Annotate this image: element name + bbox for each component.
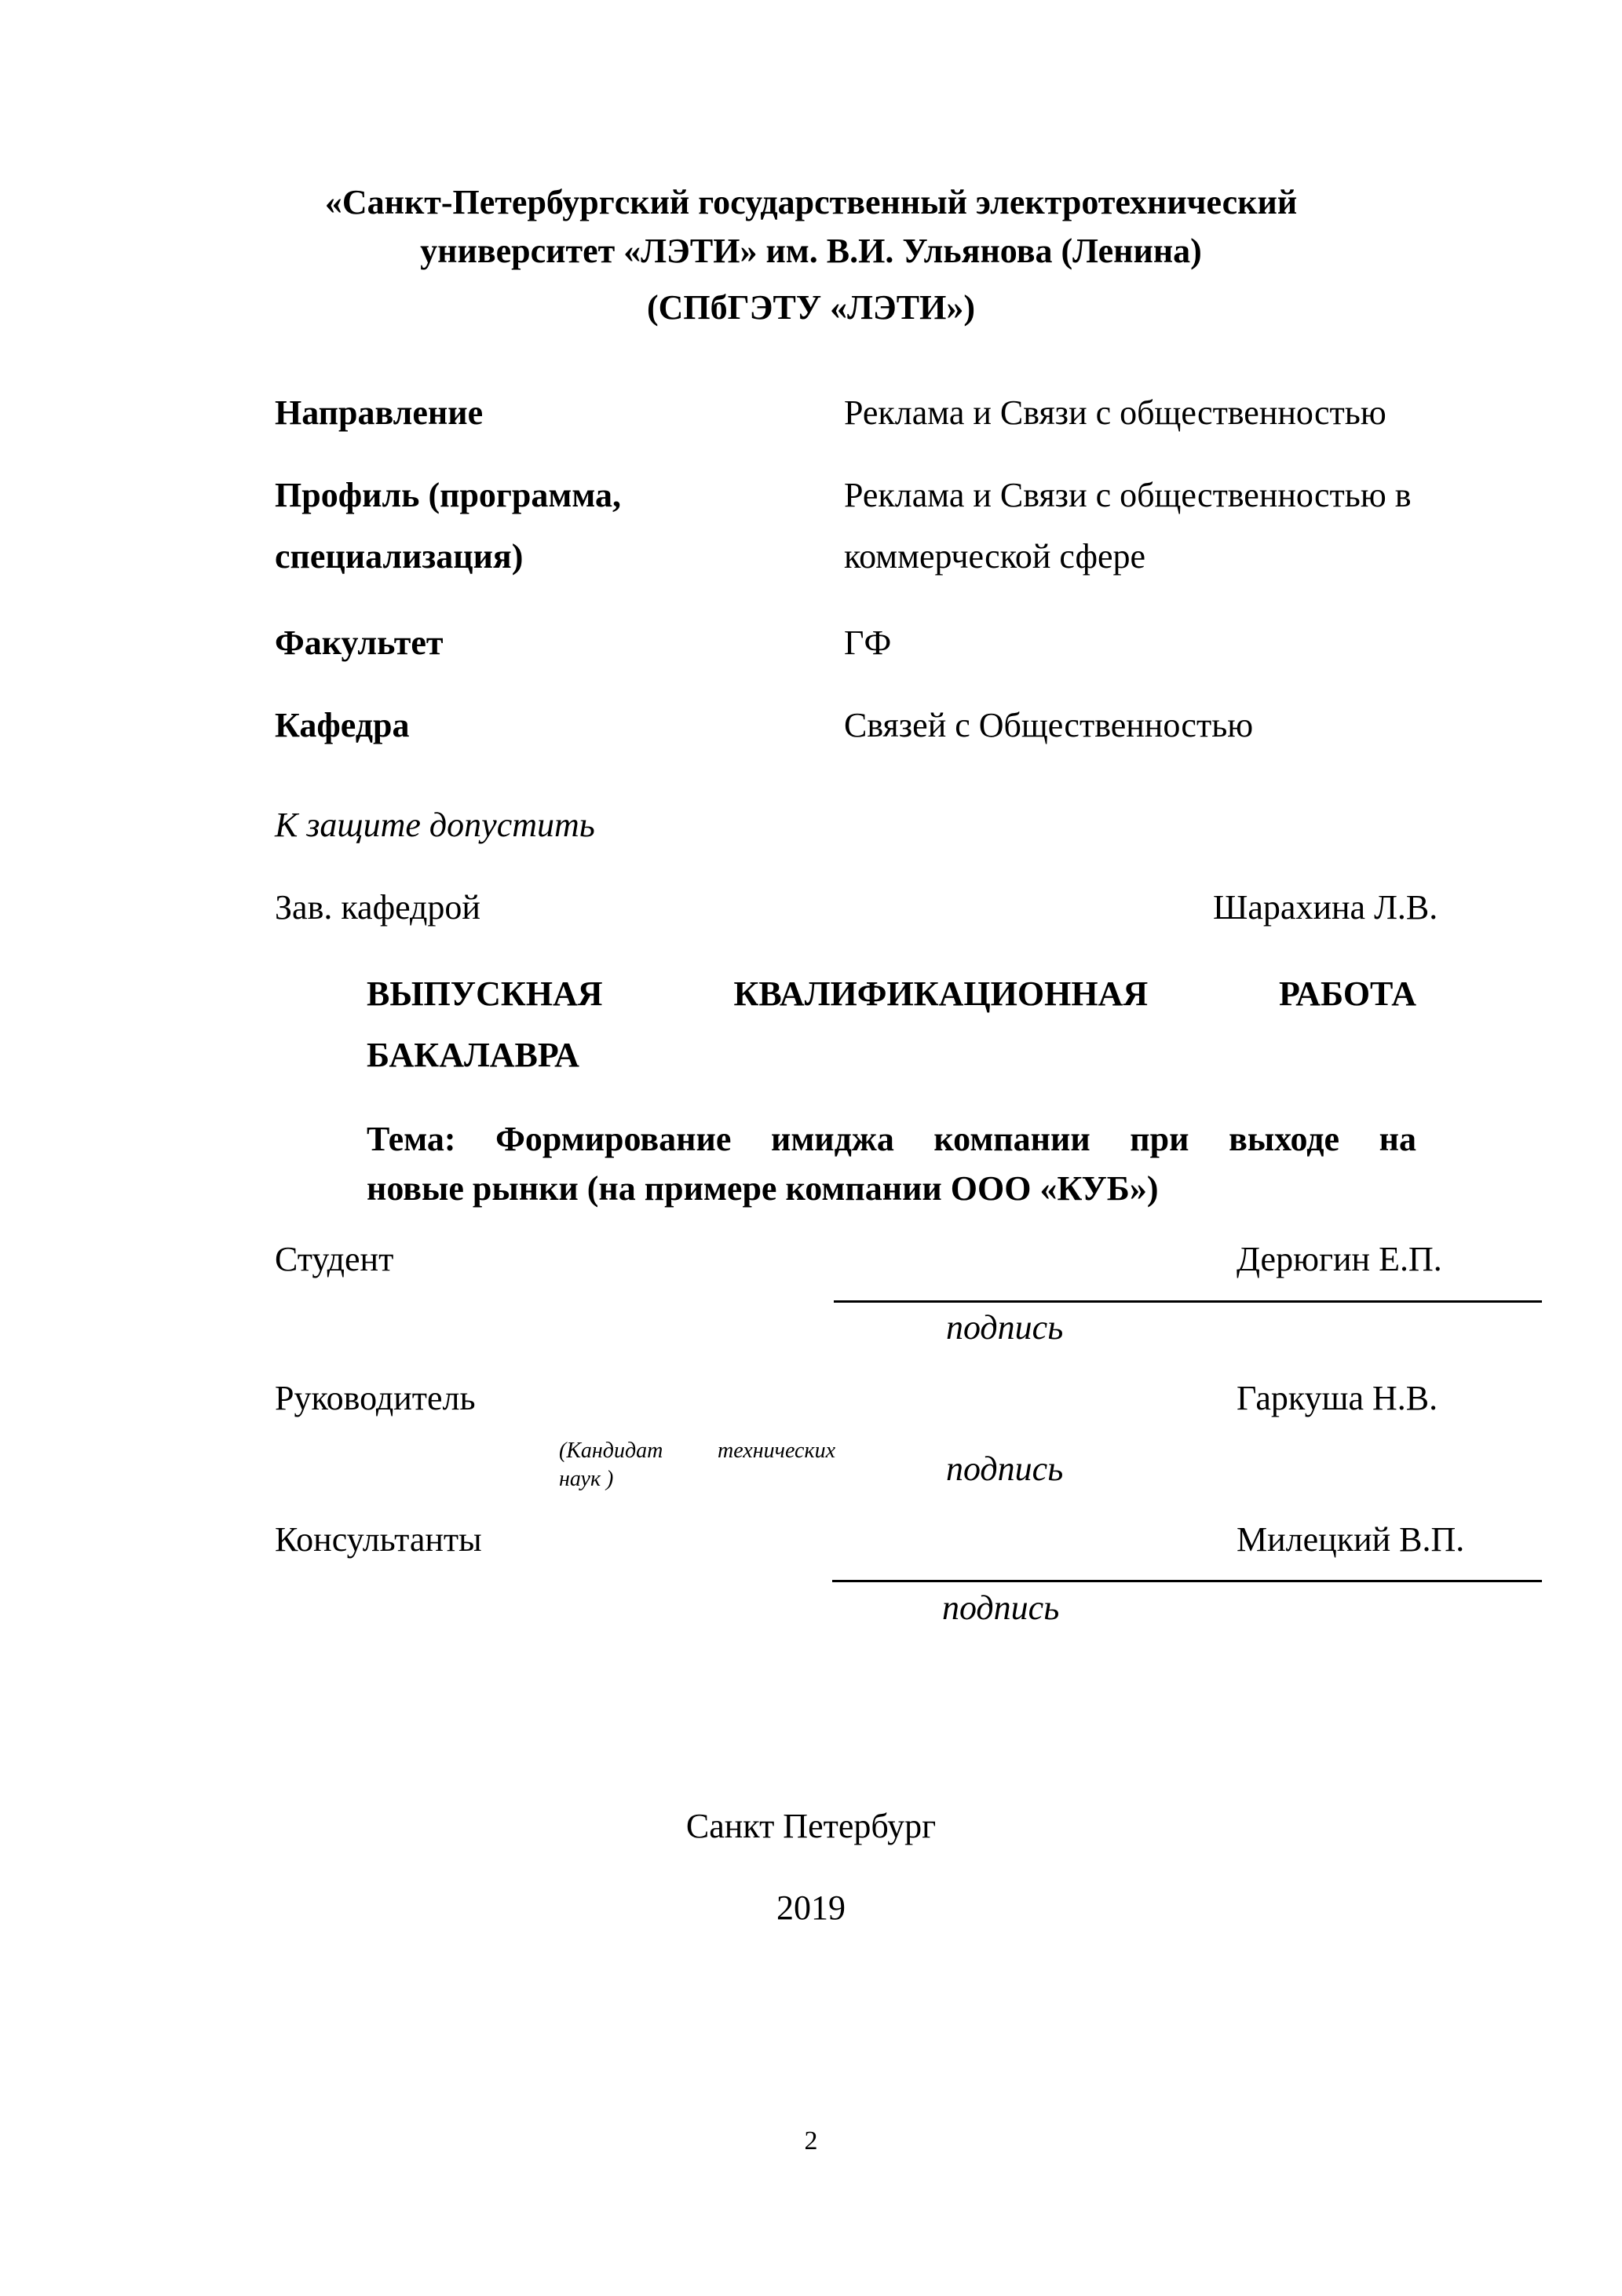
consultant-signature-line [832, 1580, 1542, 1582]
degree-word: (Кандидат [559, 1439, 663, 1464]
direction-label: Направление [275, 393, 483, 433]
consultant-signature-caption: подпись [942, 1588, 1059, 1628]
faculty-value: ГФ [844, 623, 891, 663]
topic-word: выходе [1229, 1119, 1339, 1159]
topic-word: Тема: [367, 1119, 456, 1159]
profile-value-line1: Реклама и Связи с общественностью в [844, 475, 1412, 515]
direction-value: Реклама и Связи с общественностью [844, 393, 1386, 433]
work-type-line1: ВЫПУСКНАЯ КВАЛИФИКАЦИОННАЯ РАБОТА [367, 974, 1416, 1014]
faculty-label: Факультет [275, 623, 443, 663]
page-number: 2 [0, 2126, 1622, 2156]
student-signature-line [834, 1300, 1542, 1303]
profile-value-line2: коммерческой сфере [844, 536, 1145, 576]
consultants-label: Консультанты [275, 1519, 482, 1559]
topic-word: при [1130, 1119, 1189, 1159]
year: 2019 [0, 1888, 1622, 1928]
consultant-name: Милецкий В.П. [1237, 1519, 1464, 1559]
supervisor-name: Гаркуша Н.В. [1237, 1378, 1438, 1418]
department-label: Кафедра [275, 705, 409, 745]
student-name: Дерюгин Е.П. [1237, 1239, 1442, 1279]
topic-word: компании [933, 1119, 1090, 1159]
profile-label-line2: специализация) [275, 536, 523, 576]
city: Санкт Петербург [0, 1806, 1622, 1846]
head-of-department-name: Шарахина Л.В. [1213, 887, 1438, 927]
degree-word: технических [718, 1439, 835, 1464]
topic-line1: Тема: Формирование имиджа компании при в… [367, 1119, 1416, 1159]
university-name-line1: «Санкт-Петербургский государственный эле… [0, 182, 1622, 222]
admit-to-defense: К защите допустить [275, 805, 595, 845]
department-value: Связей с Общественностью [844, 705, 1253, 745]
supervisor-degree-line1: (Кандидат технических [559, 1439, 835, 1464]
topic-word: на [1379, 1119, 1416, 1159]
topic-word: Формирование [495, 1119, 731, 1159]
topic-line2: новые рынки (на примере компании ООО «КУ… [367, 1168, 1159, 1208]
work-type-word: ВЫПУСКНАЯ [367, 974, 603, 1014]
supervisor-label: Руководитель [275, 1378, 476, 1418]
student-signature-caption: подпись [946, 1307, 1063, 1347]
supervisor-degree-line2: наук ) [559, 1467, 613, 1492]
university-abbreviation: (СПбГЭТУ «ЛЭТИ») [0, 287, 1622, 327]
work-type-line2: БАКАЛАВРА [367, 1035, 579, 1075]
supervisor-signature-caption: подпись [946, 1449, 1063, 1489]
student-label: Студент [275, 1239, 393, 1279]
work-type-word: КВАЛИФИКАЦИОННАЯ [733, 974, 1148, 1014]
topic-word: имиджа [771, 1119, 894, 1159]
university-name-line2: университет «ЛЭТИ» им. В.И. Ульянова (Ле… [0, 231, 1622, 271]
profile-label-line1: Профиль (программа, [275, 475, 621, 515]
head-of-department-label: Зав. кафедрой [275, 887, 480, 927]
work-type-word: РАБОТА [1279, 974, 1416, 1014]
